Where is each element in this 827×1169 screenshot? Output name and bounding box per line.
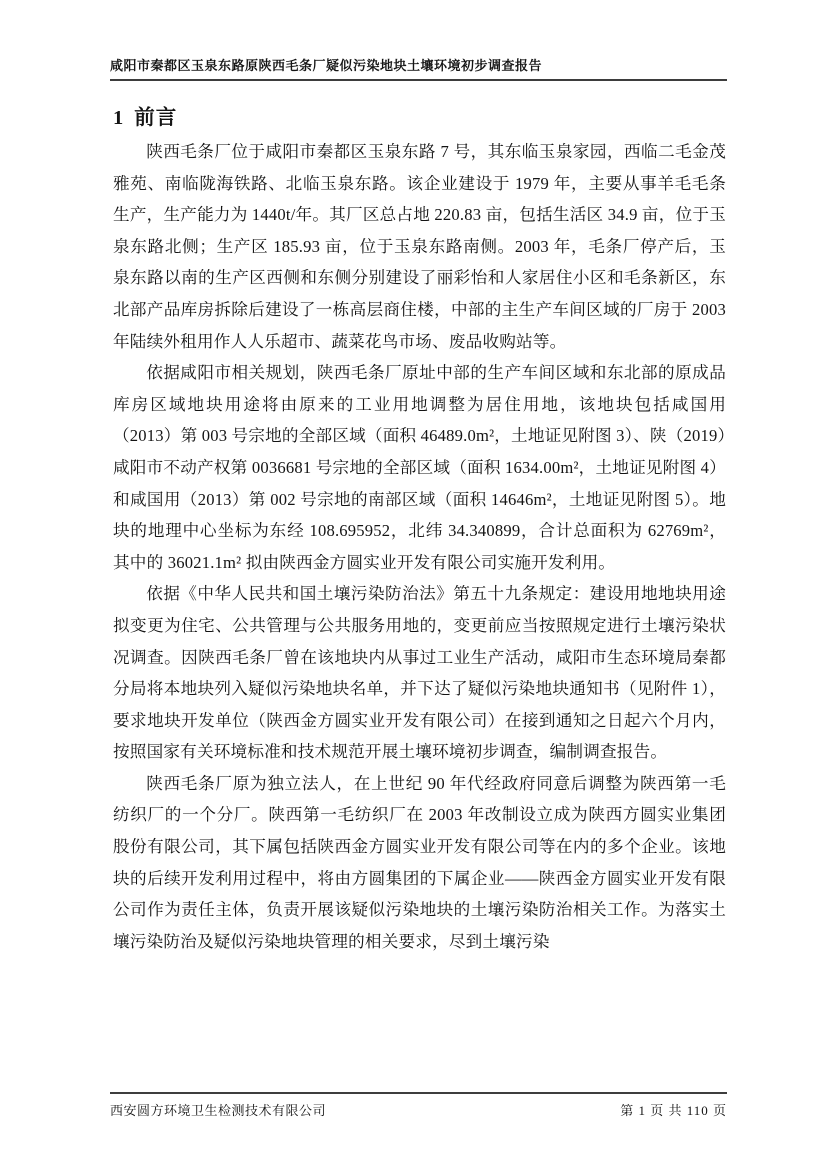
- footer-page-number: 第 1 页 共 110 页: [620, 1100, 727, 1119]
- page-header: 咸阳市秦都区玉泉东路原陕西毛条厂疑似污染地块土壤环境初步调查报告: [110, 55, 727, 81]
- footer-company: 西安圆方环境卫生检测技术有限公司: [110, 1100, 326, 1119]
- page-footer: 西安圆方环境卫生检测技术有限公司 第 1 页 共 110 页: [110, 1092, 727, 1119]
- header-title: 咸阳市秦都区玉泉东路原陕西毛条厂疑似污染地块土壤环境初步调查报告: [110, 55, 727, 74]
- page-body: 1前言 陕西毛条厂位于咸阳市秦都区玉泉东路 7 号，其东临玉泉家园，西临二毛金茂…: [113, 92, 726, 957]
- paragraph-company-history: 陕西毛条厂原为独立法人，在上世纪 90 年代经政府同意后调整为陕西第一毛纺织厂的…: [113, 768, 726, 958]
- section-heading: 1前言: [113, 100, 726, 130]
- section-title: 前言: [134, 107, 177, 129]
- paragraph-planning-landuse: 依据咸阳市相关规划，陕西毛条厂原址中部的生产车间区域和东北部的原成品库房区域地块…: [113, 357, 726, 578]
- section-number: 1: [113, 107, 123, 129]
- paragraph-site-overview: 陕西毛条厂位于咸阳市秦都区玉泉东路 7 号，其东临玉泉家园，西临二毛金茂雅苑、南…: [113, 136, 726, 357]
- paragraph-law-basis: 依据《中华人民共和国土壤污染防治法》第五十九条规定：建设用地地块用途拟变更为住宅…: [113, 578, 726, 768]
- document-page: 咸阳市秦都区玉泉东路原陕西毛条厂疑似污染地块土壤环境初步调查报告 1前言 陕西毛…: [0, 0, 827, 1169]
